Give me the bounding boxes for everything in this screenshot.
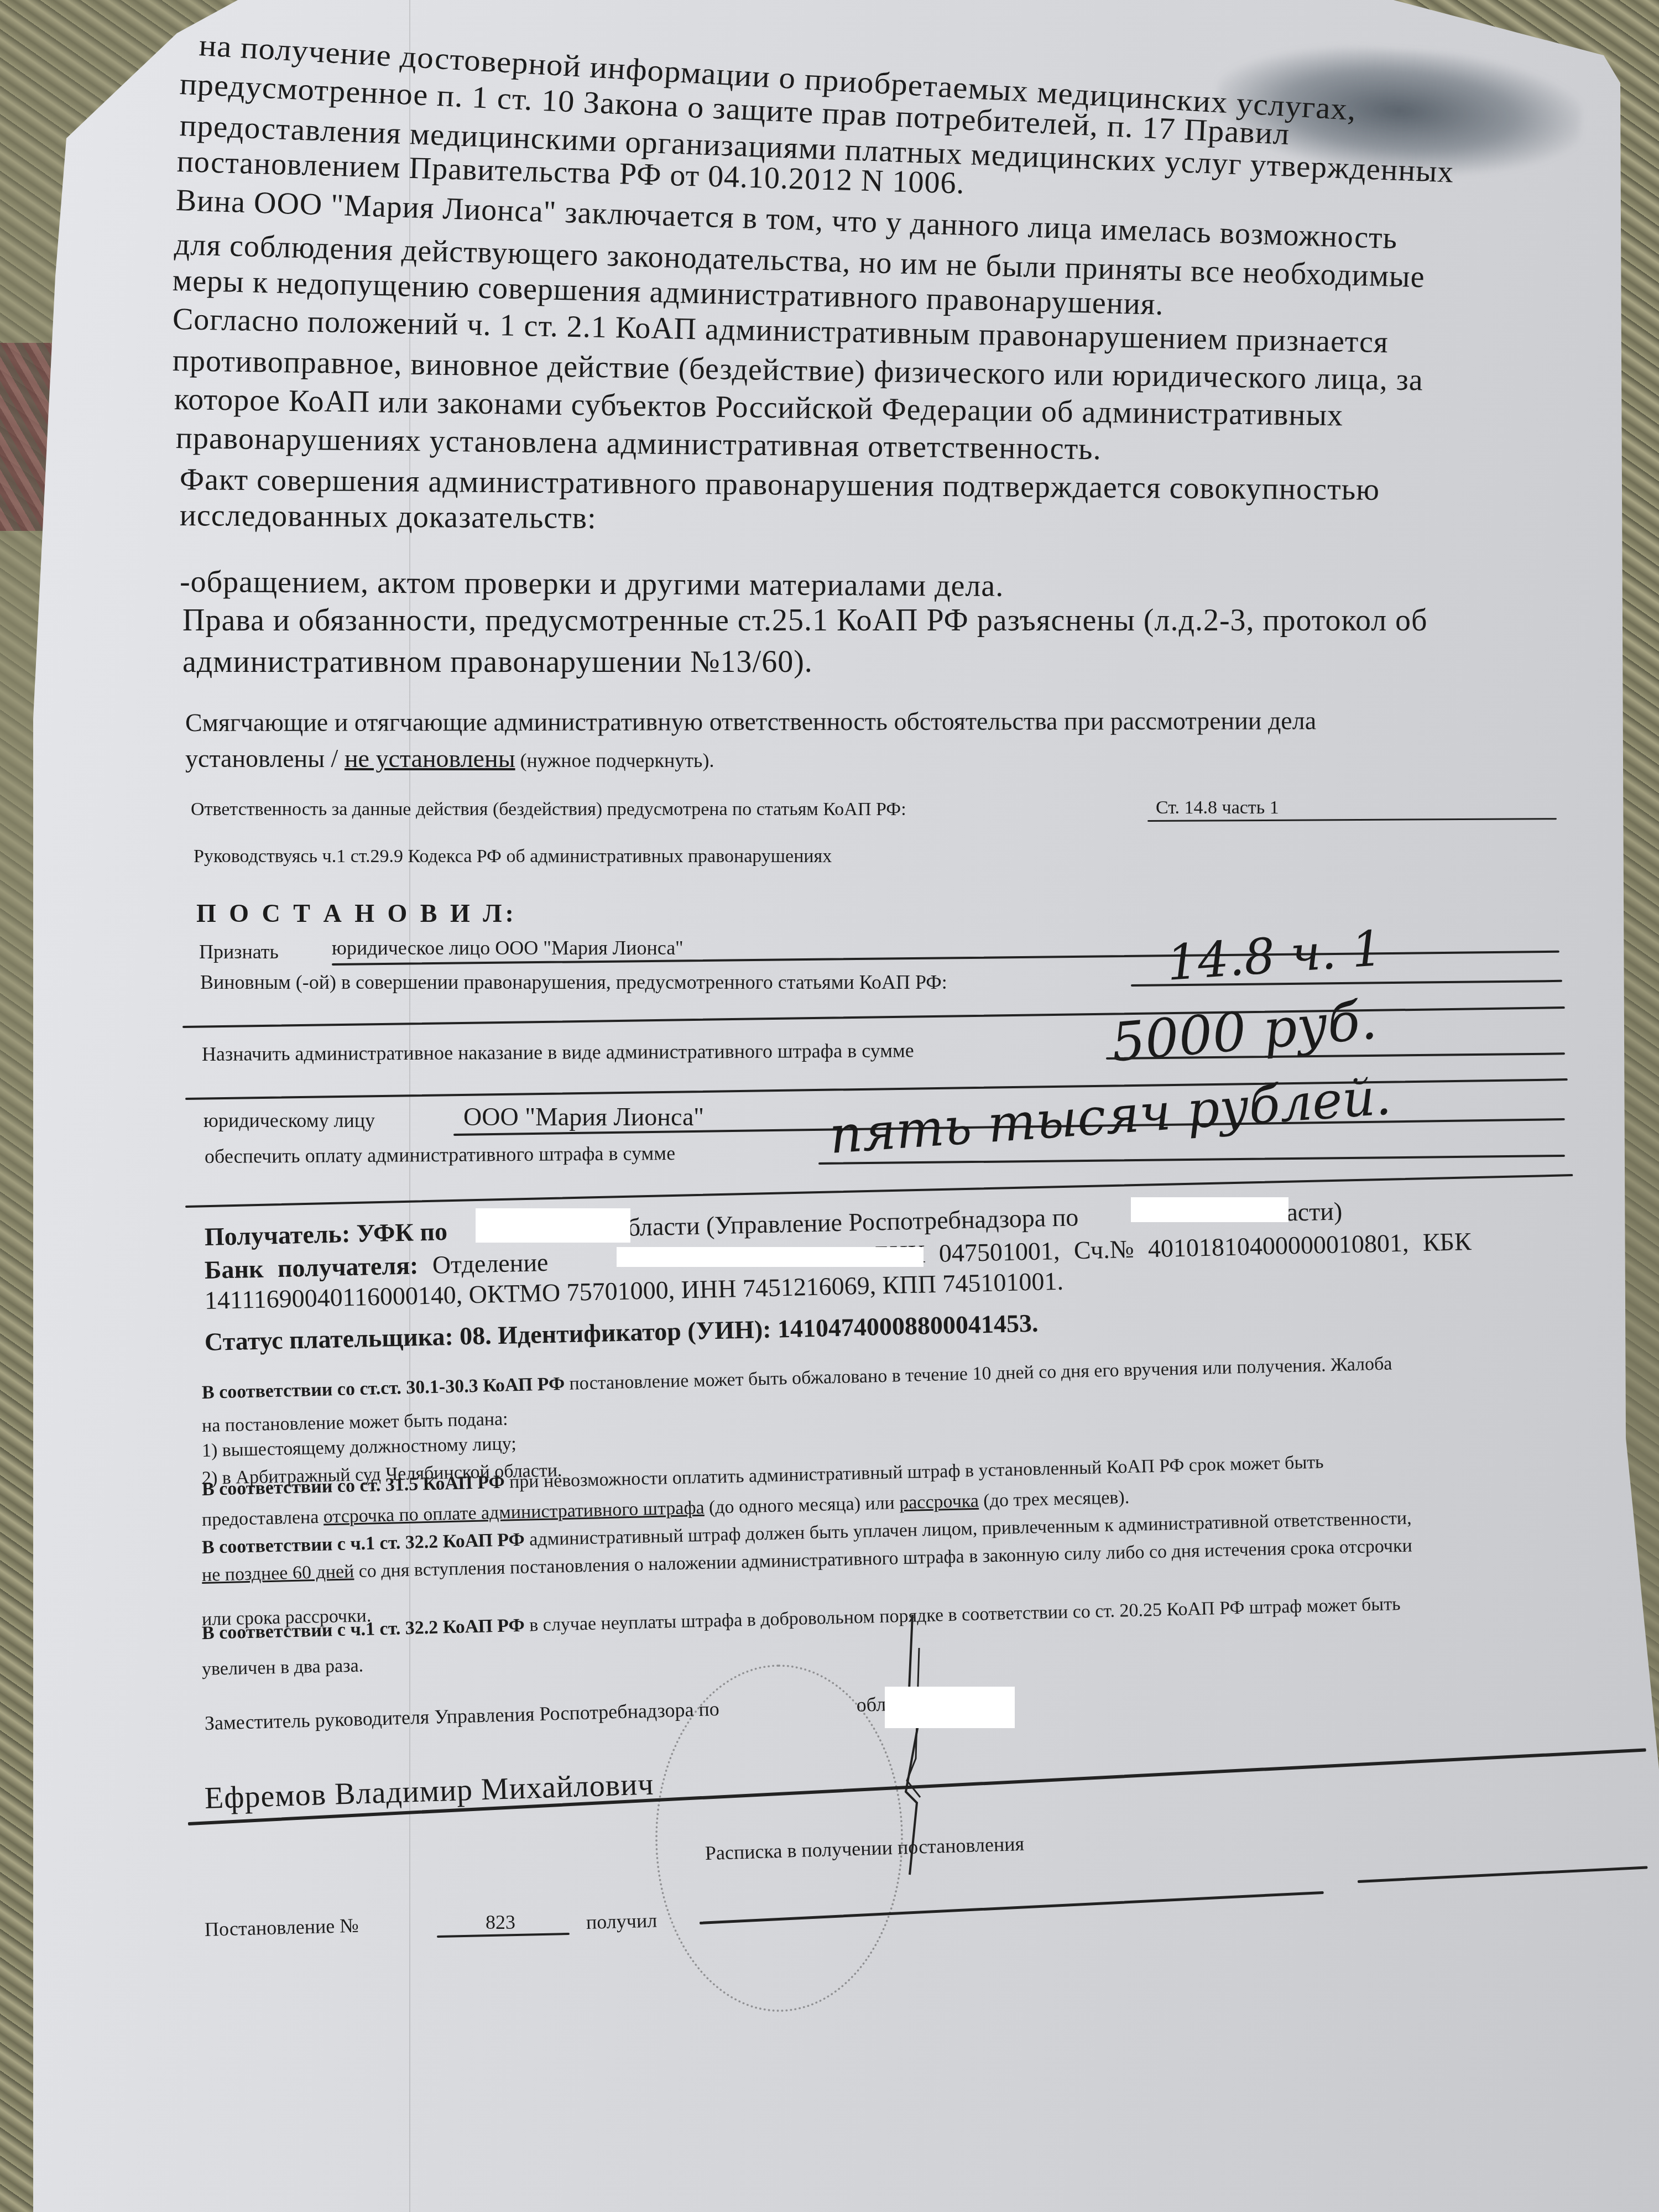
- guilty-label: Виновным (-ой) в совершении правонарушен…: [200, 971, 947, 994]
- liability-label: Ответственность за данные действия (безд…: [191, 799, 906, 820]
- bank-branch: Отделение: [432, 1248, 549, 1279]
- payment-handwritten: пять тысяч рублей.: [827, 1067, 1393, 1165]
- appeal-line: В соответствии со ст.ст. 30.1-30.3 КоАП …: [202, 1353, 1392, 1404]
- redaction-box: [885, 1687, 1015, 1728]
- payer-status: Статус плательщика: 08. Идентификатор (У…: [204, 1308, 1038, 1357]
- appeal-line: В соответствии со ст. 31.5 КоАП РФ при н…: [202, 1452, 1324, 1500]
- recipient-ufk: УФК по: [356, 1217, 447, 1248]
- receipt-received-label: получил: [586, 1909, 657, 1934]
- body-line: -обращением, актом проверки и другими ма…: [180, 564, 1004, 604]
- resolved-heading: П О С Т А Н О В И Л:: [196, 899, 517, 928]
- circumstances-suffix: (нужное подчеркнуть).: [515, 749, 714, 771]
- blank-rule: [185, 1174, 1573, 1208]
- recognize-value: юридическое лицо ООО "Мария Лионса": [332, 936, 684, 959]
- liability-value: Ст. 14.8 часть 1: [1156, 797, 1279, 818]
- circumstances-prefix: установлены /: [185, 744, 345, 773]
- penalty-label: Назначить административное наказание в в…: [202, 1039, 914, 1066]
- signatory-name: Ефремов Владимир Михайлович: [204, 1766, 654, 1815]
- redaction-box: [476, 1208, 630, 1243]
- body-line: исследованных доказательств:: [180, 498, 597, 536]
- circumstances-choice: установлены / не установлены (нужное под…: [185, 744, 714, 773]
- guilty-handwritten: 14.8 ч. 1: [1165, 920, 1384, 992]
- payment-label: обеспечить оплату административного штра…: [205, 1141, 675, 1168]
- bank-label: Банк получателя:: [204, 1251, 418, 1284]
- receipt-date-line[interactable]: [1358, 1866, 1648, 1883]
- appeal-line: на постановление может быть подана:: [202, 1408, 508, 1437]
- redaction-box: [617, 1247, 924, 1267]
- entity-label: юридическому лицу: [204, 1109, 375, 1132]
- recognize-label: Признать: [199, 940, 279, 963]
- recipient-authority: области (Управление Роспотребнадзора по: [614, 1203, 1079, 1241]
- document-content: на получение достоверной информации о пр…: [0, 0, 1659, 2212]
- liability-underline: [1147, 818, 1557, 822]
- circumstances-line: Смягчающие и отягчающие административную…: [185, 706, 1316, 737]
- body-line: Права и обязанности, предусмотренные ст.…: [182, 603, 1428, 638]
- circumstances-selected: не установлены: [345, 744, 515, 773]
- recipient-label: Получатель:: [204, 1219, 350, 1251]
- redaction-box: [1131, 1197, 1288, 1222]
- appeal-line: увеличен в два раза.: [202, 1655, 364, 1680]
- entity-value: ООО "Мария Лионса": [463, 1102, 704, 1131]
- penalty-handwritten: 5000 руб.: [1109, 989, 1379, 1074]
- guided-by-text: Руководствуясь ч.1 ст.29.9 Кодекса РФ об…: [194, 846, 832, 867]
- receipt-number: 823: [486, 1911, 515, 1934]
- body-line: административном правонарушении №13/60).: [182, 644, 813, 680]
- receipt-number-label: Постановление №: [204, 1914, 359, 1941]
- appeal-line: В соответствии с ч.1 ст. 32.2 КоАП РФ в …: [202, 1594, 1401, 1644]
- appeal-line: 1) вышестоящему должностному лицу;: [202, 1433, 517, 1462]
